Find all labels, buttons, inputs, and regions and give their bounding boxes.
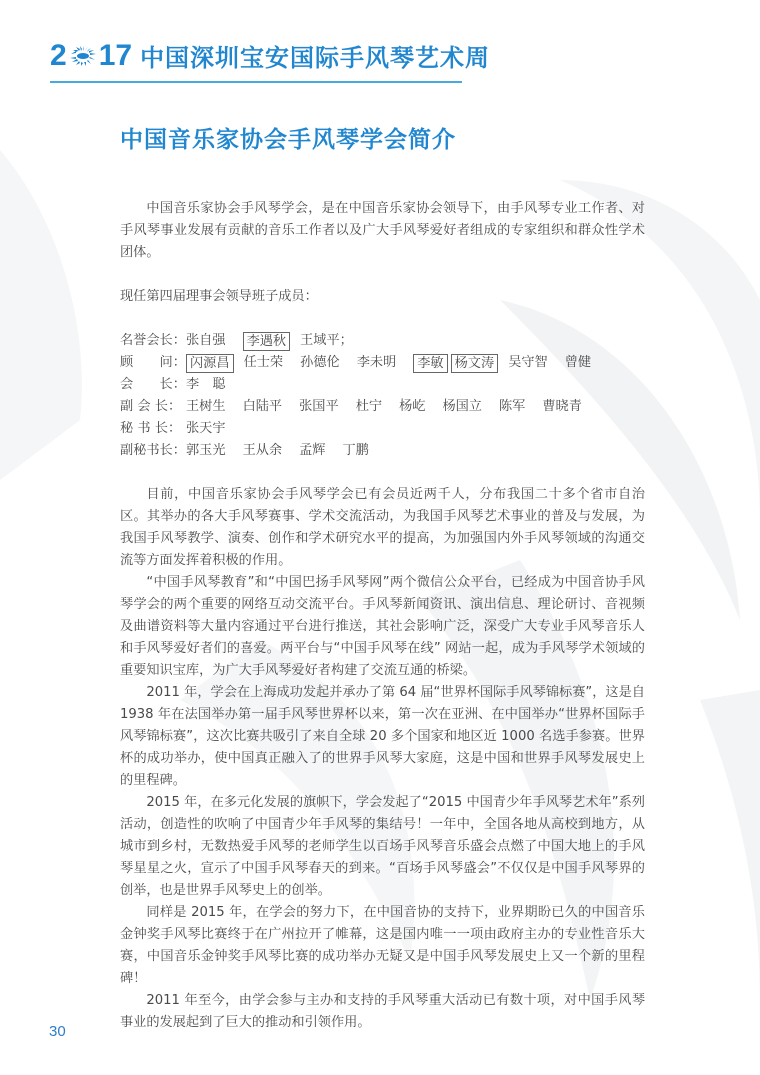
accordion-sun-icon — [68, 45, 98, 67]
leadership-row: 副秘书长：郭玉光王从余孟辉丁鹏 — [120, 440, 645, 462]
member-name-boxed: 杨文涛 — [451, 354, 499, 373]
member-name: 李 聪 — [186, 374, 226, 396]
leadership-list: 名誉会长：张自强李遇秋王域平；顾 问：闪源昌任士荣孙德伦李未明李敏杨文涛吴守智曾… — [120, 330, 645, 462]
body-paragraph: 2011 年至今，由学会参与主办和支持的手风琴重大活动已有数十项，对中国手风琴事… — [120, 990, 645, 1034]
member-name: 张国平 — [299, 396, 339, 418]
member-name: 任士荣 — [244, 352, 284, 374]
body-paragraph: 同样是 2015 年，在学会的努力下，在中国音协的支持下，业界期盼已久的中国音乐… — [120, 902, 645, 990]
member-name: 张天宇 — [186, 418, 226, 440]
member-names: 张自强李遇秋王域平； — [186, 330, 370, 352]
header-title: 中国深圳宝安国际手风琴艺术周 — [140, 38, 490, 73]
role-label: 副秘书长： — [120, 440, 186, 462]
member-names: 李 聪 — [186, 374, 243, 396]
member-name-boxed: 李敏 — [413, 354, 447, 373]
member-names: 王树生白陆平张国平杜宁杨屹杨国立陈军曹晓青 — [186, 396, 599, 418]
member-name: 李未明 — [357, 352, 397, 374]
body-paragraph: 目前，中国音乐家协会手风琴学会已有会员近两千人，分布我国二十多个省市自治区。其举… — [120, 484, 645, 572]
body-paragraphs: 目前，中国音乐家协会手风琴学会已有会员近两千人，分布我国二十多个省市自治区。其举… — [120, 484, 645, 1034]
role-label: 秘 书 长： — [120, 418, 186, 440]
member-names: 张天宇 — [186, 418, 243, 440]
page-title: 中国音乐家协会手风琴学会简介 — [120, 121, 456, 154]
member-name: 杨屹 — [399, 396, 425, 418]
member-name: 丁鹏 — [343, 440, 369, 462]
member-name: 郭玉光 — [186, 440, 226, 462]
page-number: 30 — [49, 1023, 66, 1040]
role-label: 会 长： — [120, 374, 186, 396]
body-paragraph: 2015 年，在多元化发展的旗帜下，学会发起了“2015 中国青少年手风琴艺术年… — [120, 792, 645, 902]
member-name: 王域平； — [300, 330, 353, 352]
member-name: 王从余 — [243, 440, 283, 462]
member-name-boxed: 李遇秋 — [243, 332, 291, 351]
logo-year-prefix: 2 — [50, 39, 67, 73]
body-paragraph: “中国手风琴教育”和“中国巴扬手风琴网”两个微信公众平台，已经成为中国音协手风琴… — [120, 572, 645, 682]
intro-paragraph: 中国音乐家协会手风琴学会，是在中国音乐家协会领导下，由手风琴专业工作者、对手风琴… — [120, 198, 645, 264]
member-names: 郭玉光王从余孟辉丁鹏 — [186, 440, 386, 462]
article-body: 中国音乐家协会手风琴学会，是在中国音乐家协会领导下，由手风琴专业工作者、对手风琴… — [120, 198, 645, 1034]
member-name: 王树生 — [186, 396, 226, 418]
member-name: 杜宁 — [356, 396, 382, 418]
header-divider — [50, 81, 462, 83]
body-paragraph: 2011 年，学会在上海成功发起并承办了第 64 届“世界杯国际手风琴锦标赛”，… — [120, 682, 645, 792]
member-name: 孟辉 — [299, 440, 325, 462]
leadership-heading: 现任第四届理事会领导班子成员： — [120, 286, 645, 308]
event-logo: 2 17 — [50, 39, 132, 73]
member-name: 孙德伦 — [300, 352, 340, 374]
leadership-row: 顾 问：闪源昌任士荣孙德伦李未明李敏杨文涛吴守智曾健 — [120, 352, 645, 374]
member-name: 陈军 — [499, 396, 525, 418]
leadership-row: 会 长：李 聪 — [120, 374, 645, 396]
leadership-row: 名誉会长：张自强李遇秋王域平； — [120, 330, 645, 352]
member-name: 张自强 — [186, 330, 226, 352]
role-label: 副 会 长： — [120, 396, 186, 418]
member-name: 曹晓青 — [542, 396, 582, 418]
member-name-boxed: 闪源昌 — [186, 354, 234, 373]
role-label: 顾 问： — [120, 352, 186, 374]
leadership-row: 秘 书 长：张天宇 — [120, 418, 645, 440]
member-name: 杨国立 — [442, 396, 482, 418]
member-name: 曾健 — [565, 352, 591, 374]
logo-year-suffix: 17 — [99, 39, 132, 73]
leadership-row: 副 会 长：王树生白陆平张国平杜宁杨屹杨国立陈军曹晓青 — [120, 396, 645, 418]
member-names: 闪源昌任士荣孙德伦李未明李敏杨文涛吴守智曾健 — [186, 352, 608, 374]
member-name: 吴守智 — [508, 352, 548, 374]
member-name: 白陆平 — [243, 396, 283, 418]
header: 2 17 中国深圳宝安国际手风琴艺术周 — [50, 38, 490, 73]
role-label: 名誉会长： — [120, 330, 186, 352]
